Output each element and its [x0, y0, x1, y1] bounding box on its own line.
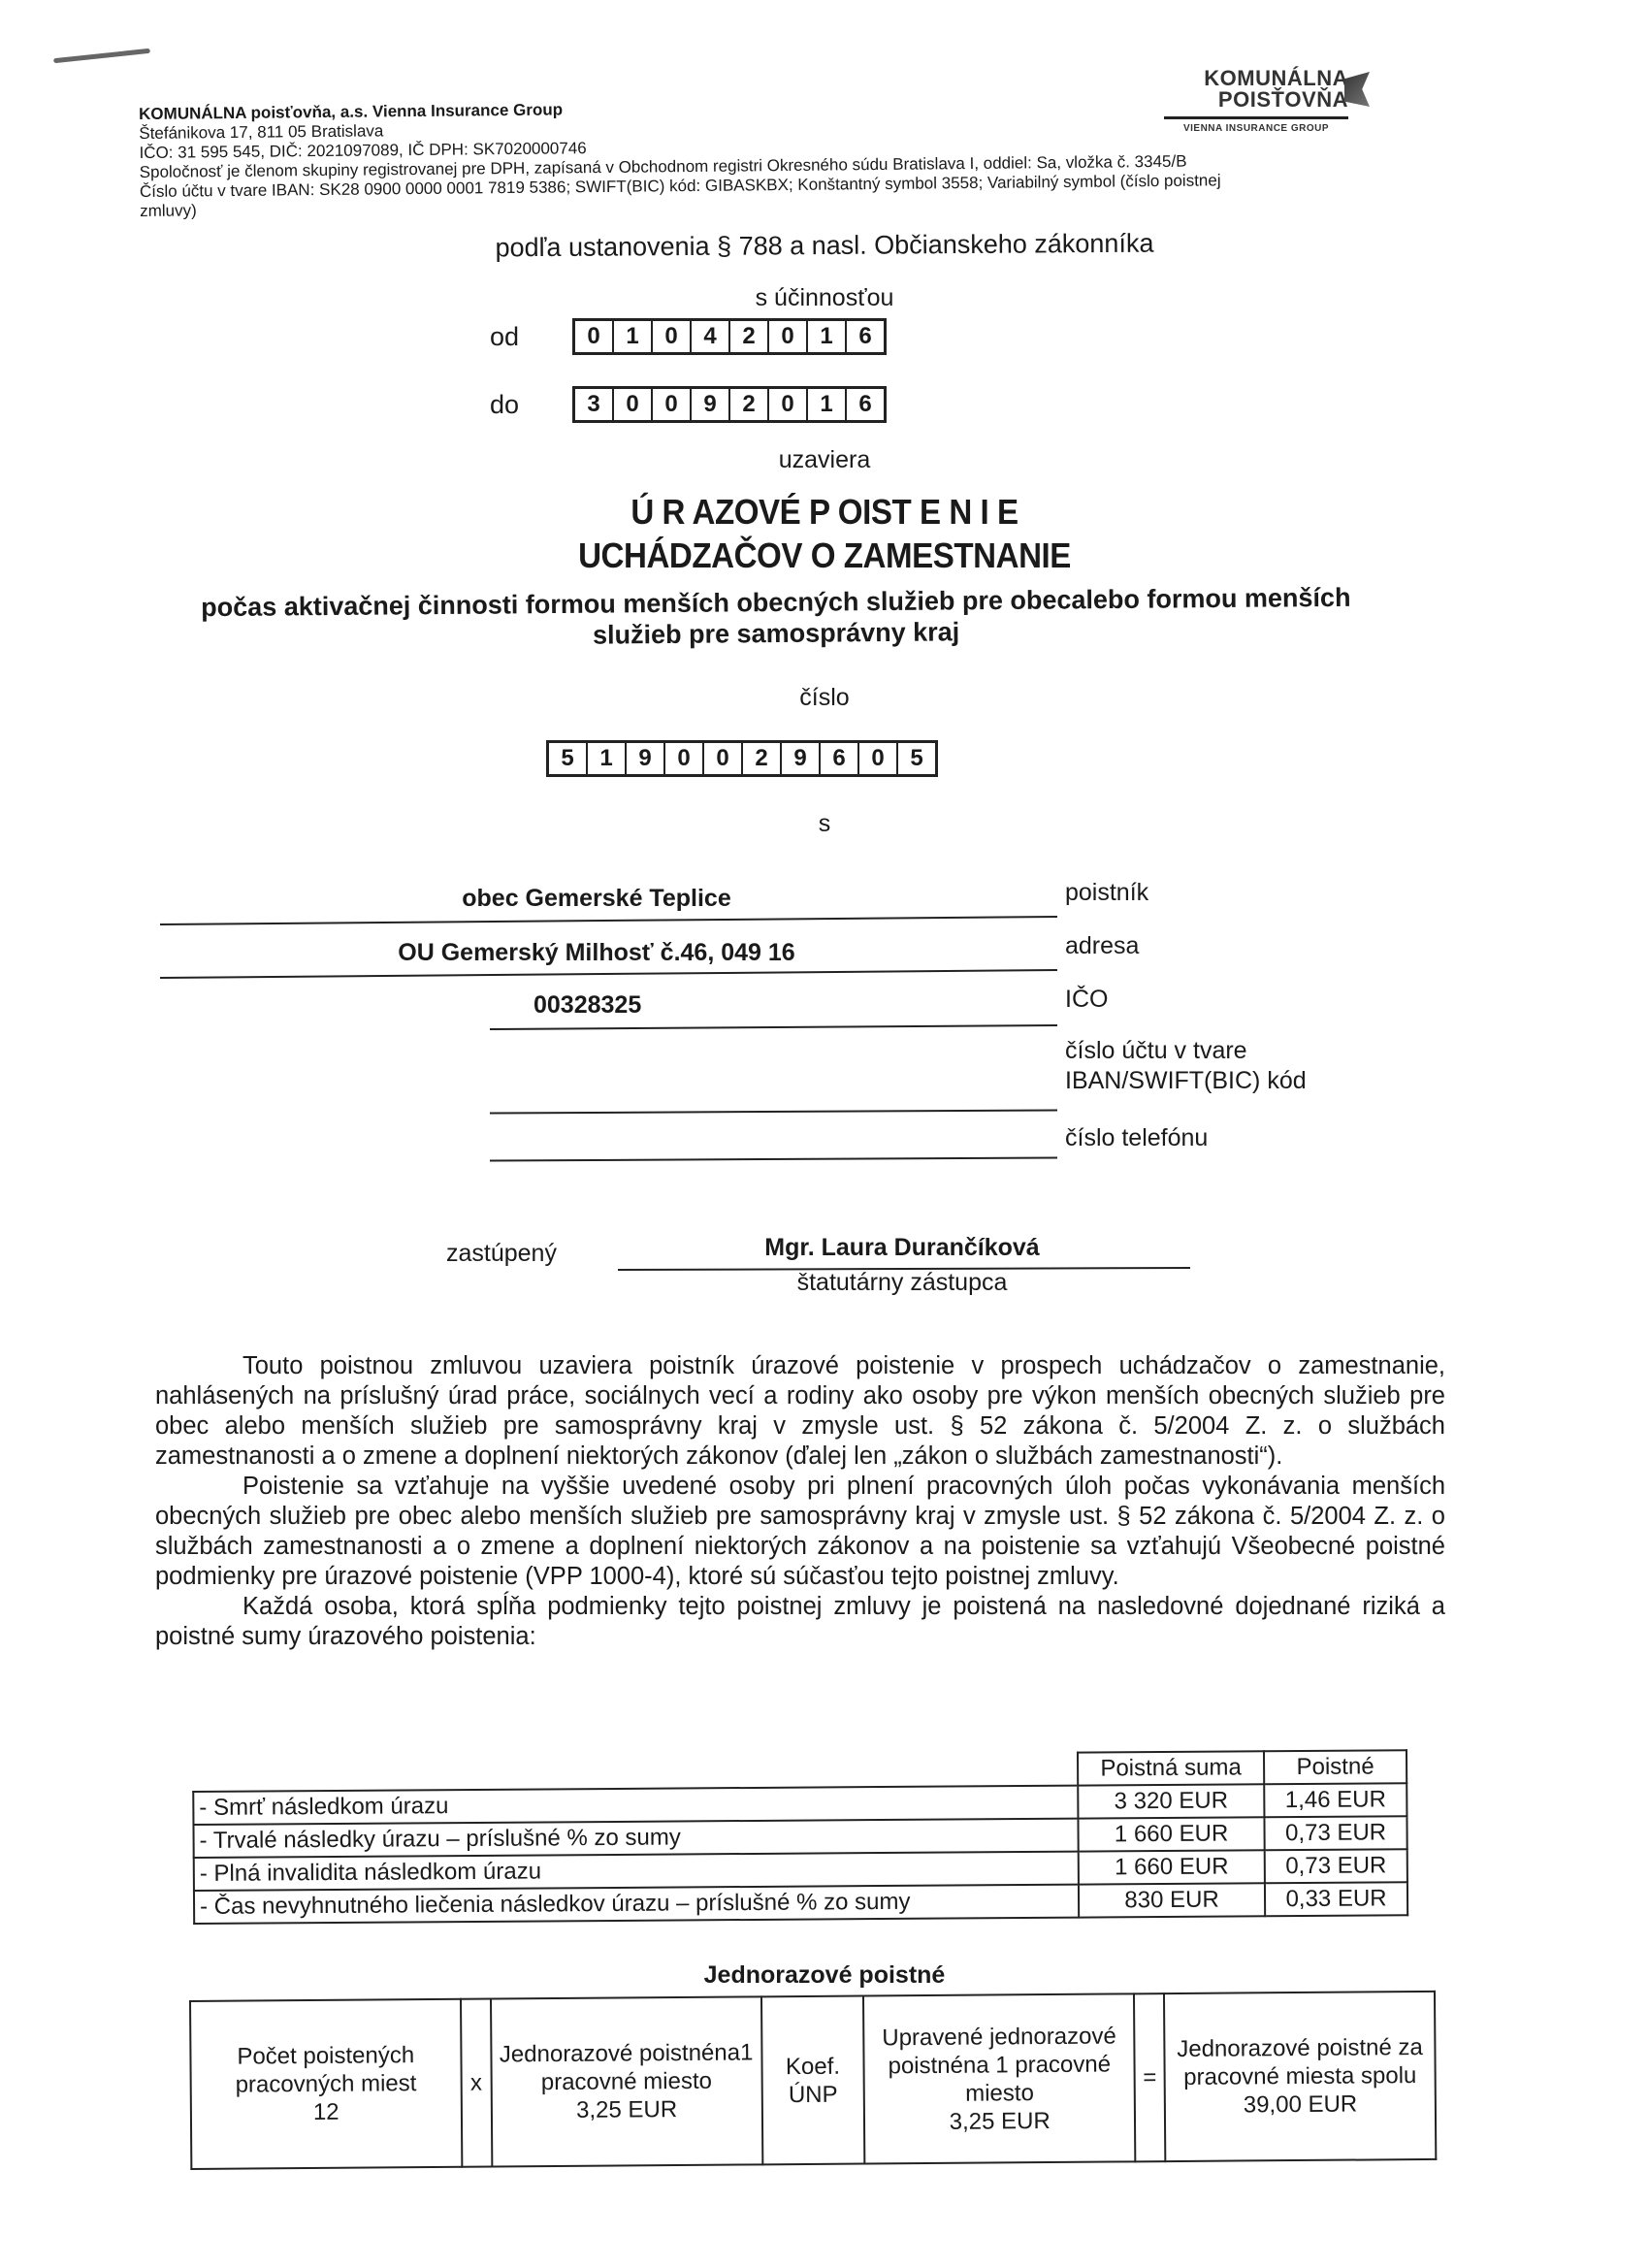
per-place-label: Jednorazové poistnéna1 pracovné miesto — [496, 2038, 757, 2096]
contract-number-digit: 6 — [819, 743, 857, 774]
company-logo: KOMUNÁLNA POISŤOVŇA VIENNA INSURANCE GRO… — [1164, 68, 1348, 134]
count-cell: Počet poistených pracovných miest 12 — [190, 1999, 462, 2169]
per-place-cell: Jednorazové poistnéna1 pracovné miesto 3… — [491, 1996, 762, 2166]
adjusted-label: Upravené jednorazové poistnéna 1 pracovn… — [869, 2022, 1130, 2108]
date-to-digit: 6 — [845, 389, 884, 420]
iban-label-line2: IBAN/SWIFT(BIC) kód — [1065, 1066, 1307, 1096]
coef-cell: Koef. ÚNP — [761, 1996, 865, 2165]
adjusted-value: 3,25 EUR — [869, 2106, 1130, 2136]
title-line1: Ú R AZOVÉ P OIST E N I E — [66, 492, 1583, 533]
policyholder-address-line — [160, 969, 1057, 979]
scan-mark — [53, 49, 150, 63]
contract-number-digit: 9 — [780, 743, 819, 774]
date-from-digit: 6 — [845, 321, 884, 352]
risk-sum: 3 320 EUR — [1078, 1784, 1264, 1818]
risk-sum: 1 660 EUR — [1078, 1817, 1264, 1851]
number-label: číslo — [0, 684, 1649, 712]
contract-number-digit: 5 — [896, 743, 935, 774]
legal-basis: podľa ustanovenia § 788 a nasl. Občiansk… — [0, 225, 1649, 267]
policyholder-ico-value: 00328325 — [490, 991, 824, 1020]
date-to-digit: 0 — [651, 389, 690, 420]
one-time-premium-table: Počet poistených pracovných miest 12 x J… — [189, 1991, 1437, 2170]
total-label: Jednorazové poistné za pracovné miesta s… — [1170, 2033, 1431, 2091]
logo-line2: POISŤOVŇA — [1164, 89, 1348, 111]
risk-table: Poistná suma Poistné - Smrť následkom úr… — [192, 1749, 1408, 1925]
contract-number-digit: 5 — [549, 743, 586, 774]
contract-number-boxes: 5190029605 — [546, 740, 938, 777]
date-from-boxes: 01042016 — [572, 318, 887, 355]
date-from-digit: 0 — [767, 321, 806, 352]
date-to-row: do 30092016 — [490, 386, 887, 423]
times-sign: x — [461, 1999, 493, 2167]
count-value: 12 — [196, 2097, 457, 2127]
date-from-digit: 0 — [575, 321, 612, 352]
adjusted-cell: Upravené jednorazové poistnéna 1 pracovn… — [863, 1993, 1135, 2163]
policyholder-iban-line[interactable] — [490, 1109, 1057, 1114]
representative-label: zastúpený — [446, 1239, 557, 1269]
risk-sum: 830 EUR — [1079, 1883, 1265, 1917]
date-from-digit: 1 — [612, 321, 651, 352]
policyholder-ico-label: IČO — [1065, 985, 1108, 1015]
date-to-label: do — [490, 390, 572, 420]
effective-label: s účinnosťou — [0, 284, 1649, 312]
contract-number-digit: 2 — [741, 743, 780, 774]
contract-number-digit: 0 — [702, 743, 741, 774]
date-from-row: od 01042016 — [490, 318, 887, 355]
contract-number: 5190029605 — [546, 740, 938, 777]
date-to-digit: 9 — [690, 389, 728, 420]
policyholder-phone-label: číslo telefónu — [1065, 1123, 1208, 1153]
date-from-digit: 2 — [728, 321, 767, 352]
date-to-digit: 0 — [767, 389, 806, 420]
date-to-digit: 1 — [806, 389, 845, 420]
contract-number-digit: 9 — [625, 743, 663, 774]
equals-sign: = — [1134, 1993, 1166, 2161]
representative-role: štatutárny zástupca — [621, 1268, 1183, 1298]
policyholder-ico-line — [490, 1024, 1057, 1030]
date-from-digit: 0 — [651, 321, 690, 352]
risk-header-premium: Poistné — [1264, 1750, 1406, 1784]
risk-premium: 1,46 EUR — [1264, 1783, 1406, 1817]
date-to-digit: 2 — [728, 389, 767, 420]
date-from-digit: 4 — [690, 321, 728, 352]
risk-name: - Čas nevyhnutného liečenia následkov úr… — [194, 1885, 1079, 1924]
paragraph-2: Poistenie sa vzťahuje na vyššie uvedené … — [155, 1472, 1445, 1592]
logo-line1: KOMUNÁLNA — [1164, 68, 1348, 89]
policyholder-name-value: obec Gemerské Teplice — [175, 885, 1018, 913]
total-cell: Jednorazové poistné za pracovné miesta s… — [1164, 1992, 1436, 2161]
policyholder-address-value: OU Gemerský Milhosť č.46, 049 16 — [175, 939, 1018, 967]
risk-premium: 0,33 EUR — [1265, 1882, 1407, 1916]
contract-number-digit: 0 — [663, 743, 702, 774]
date-from-label: od — [490, 322, 572, 352]
date-to-digit: 0 — [612, 389, 651, 420]
risk-sum: 1 660 EUR — [1079, 1850, 1265, 1884]
paragraph-3: Každá osoba, ktorá spĺňa podmienky tejto… — [155, 1592, 1445, 1652]
count-label: Počet poistených pracovných miest — [195, 2041, 456, 2099]
risk-header-sum: Poistná suma — [1078, 1751, 1264, 1785]
policyholder-name-label: poistník — [1065, 878, 1148, 908]
title-line2: UCHÁDZAČOV O ZAMESTNANIE — [66, 535, 1583, 576]
policyholder-name-line — [160, 916, 1057, 925]
contract-number-digit: 1 — [586, 743, 625, 774]
iban-label-line1: číslo účtu v tvare — [1065, 1036, 1307, 1066]
logo-rule — [1164, 116, 1348, 119]
date-to-digit: 3 — [575, 389, 612, 420]
logo-group: VIENNA INSURANCE GROUP — [1164, 123, 1348, 134]
paragraph-1: Touto poistnou zmluvou uzaviera poistník… — [155, 1351, 1445, 1472]
policyholder-address-label: adresa — [1065, 931, 1139, 961]
contract-text: Touto poistnou zmluvou uzaviera poistník… — [155, 1351, 1445, 1652]
risk-premium: 0,73 EUR — [1265, 1849, 1407, 1883]
contract-number-digit: 0 — [857, 743, 896, 774]
representative-name: Mgr. Laura Durančíková — [621, 1234, 1183, 1262]
date-from-digit: 1 — [806, 321, 845, 352]
concludes-label: uzaviera — [0, 446, 1649, 474]
subtitle: počas aktivačnej činnosti formou menších… — [145, 581, 1407, 654]
one-time-premium-title: Jednorazové poistné — [0, 1961, 1649, 1990]
risk-premium: 0,73 EUR — [1264, 1816, 1406, 1850]
per-place-value: 3,25 EUR — [497, 2094, 758, 2124]
policyholder-phone-line[interactable] — [490, 1156, 1057, 1161]
policyholder-iban-label: číslo účtu v tvare IBAN/SWIFT(BIC) kód — [1065, 1036, 1307, 1096]
total-value: 39,00 EUR — [1170, 2090, 1431, 2120]
date-to-boxes: 30092016 — [572, 386, 887, 423]
with-label: s — [0, 810, 1649, 838]
